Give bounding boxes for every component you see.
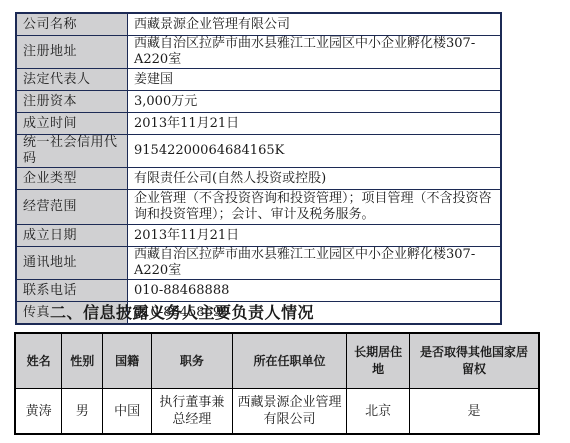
row-label: 统一社会信用代码	[16, 135, 128, 168]
header-row: 姓名 性别 国籍 职务 所在任职单位 长期居住地 是否取得其他国家居留权	[15, 333, 539, 389]
row-value: 2013年11月21日	[128, 225, 502, 247]
table-row: 公司名称 西藏景源企业管理有限公司	[16, 13, 501, 36]
column-header-nationality: 国籍	[103, 333, 152, 389]
row-value: 2013年11月21日	[128, 113, 502, 135]
row-value: 西藏自治区拉萨市曲水县雅江工业园区中小企业孵化楼307-A220室	[128, 36, 502, 69]
company-info-table: 公司名称 西藏景源企业管理有限公司 注册地址 西藏自治区拉萨市曲水县雅江工业园区…	[15, 12, 502, 325]
table-row: 法定代表人 姜建国	[16, 69, 501, 91]
row-value: 91542200064684165K	[128, 135, 502, 168]
row-label: 企业类型	[16, 168, 128, 190]
row-value: 西藏自治区拉萨市曲水县雅江工业园区中小企业孵化楼307-A220室	[128, 247, 502, 280]
table-row: 黄涛 男 中国 执行董事兼总经理 西藏景源企业管理有限公司 北京 是	[15, 389, 539, 435]
row-value: 010-88468888	[128, 280, 502, 302]
cell-employer: 西藏景源企业管理有限公司	[232, 389, 346, 435]
cell-residence: 北京	[347, 389, 410, 435]
table-row: 通讯地址 西藏自治区拉萨市曲水县雅江工业园区中小企业孵化楼307-A220室	[16, 247, 501, 280]
column-header-employer: 所在任职单位	[232, 333, 346, 389]
cell-position: 执行董事兼总经理	[152, 389, 233, 435]
row-value: 姜建国	[128, 69, 502, 91]
table-row: 注册资本 3,000万元	[16, 91, 501, 113]
cell-name: 黄涛	[15, 389, 62, 435]
cell-foreign-residency: 是	[410, 389, 539, 435]
table-row: 联系电话 010-88468888	[16, 280, 501, 302]
row-label: 经营范围	[16, 190, 128, 225]
row-label: 联系电话	[16, 280, 128, 302]
table-row: 企业类型 有限责任公司(自然人投资或控股)	[16, 168, 501, 190]
cell-nationality: 中国	[103, 389, 152, 435]
table-row: 统一社会信用代码 91542200064684165K	[16, 135, 501, 168]
column-header-name: 姓名	[15, 333, 62, 389]
row-label: 通讯地址	[16, 247, 128, 280]
row-label: 法定代表人	[16, 69, 128, 91]
table-row: 注册地址 西藏自治区拉萨市曲水县雅江工业园区中小企业孵化楼307-A220室	[16, 36, 501, 69]
section-heading: 二、信息披露义务人主要负责人情况	[50, 300, 314, 323]
principal-person-table: 姓名 性别 国籍 职务 所在任职单位 长期居住地 是否取得其他国家居留权 黄涛 …	[14, 332, 540, 435]
row-label: 成立日期	[16, 225, 128, 247]
row-label: 注册资本	[16, 91, 128, 113]
row-label: 注册地址	[16, 36, 128, 69]
table-row: 经营范围 企业管理（不含投资咨询和投资管理）；项目管理（不含投资咨询和投资管理）…	[16, 190, 501, 225]
row-value: 西藏景源企业管理有限公司	[128, 13, 502, 36]
column-header-position: 职务	[152, 333, 233, 389]
row-label: 成立时间	[16, 113, 128, 135]
table-row: 成立时间 2013年11月21日	[16, 113, 501, 135]
row-value: 3,000万元	[128, 91, 502, 113]
column-header-gender: 性别	[62, 333, 103, 389]
cell-gender: 男	[62, 389, 103, 435]
row-value: 有限责任公司(自然人投资或控股)	[128, 168, 502, 190]
column-header-foreign-residency: 是否取得其他国家居留权	[410, 333, 539, 389]
column-header-residence: 长期居住地	[347, 333, 410, 389]
table-row: 成立日期 2013年11月21日	[16, 225, 501, 247]
row-value: 企业管理（不含投资咨询和投资管理）；项目管理（不含投资咨询和投资管理）；会计、审…	[128, 190, 502, 225]
row-label: 公司名称	[16, 13, 128, 36]
